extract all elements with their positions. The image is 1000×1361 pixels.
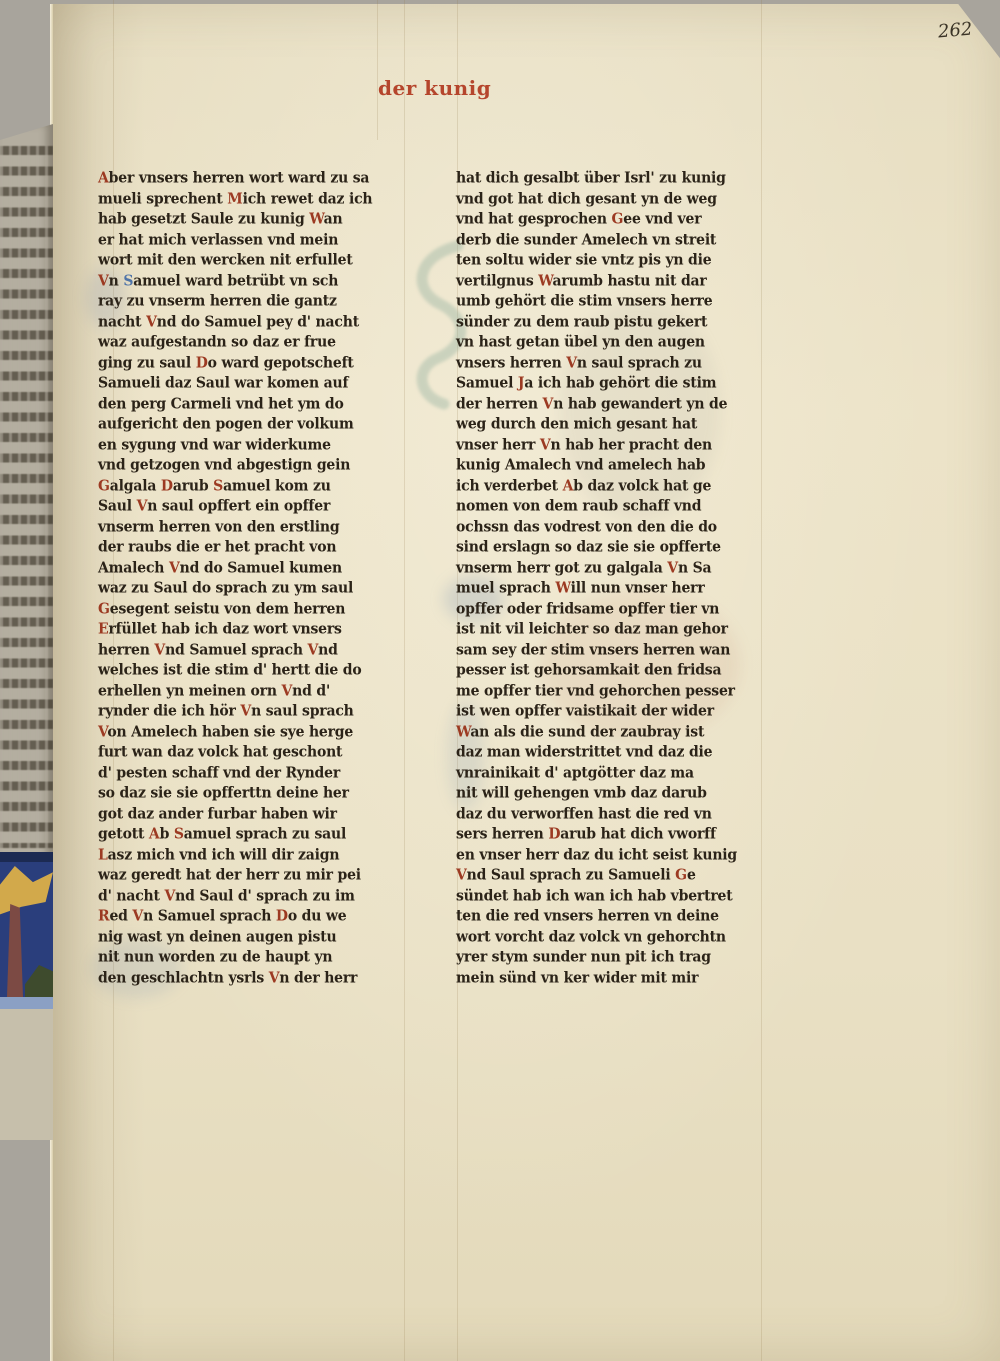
text-line: ist wen opffer vaistikait der wider (456, 703, 766, 724)
text-line: weg durch den mich gesant hat (456, 416, 766, 437)
text-line: sündet hab ich wan ich hab vbertret (456, 888, 766, 909)
text-line: sers herren Darub hat dich vworff (456, 826, 766, 847)
text-line: rynder die ich hör Vn saul sprach (98, 703, 406, 724)
text-line: d' nacht Vnd Saul d' sprach zu im (98, 888, 406, 909)
text-line: sind erslagn so daz sie sie opfferte (456, 539, 766, 560)
text-line: Samuel Ja ich hab gehört die stim (456, 375, 766, 396)
text-line: vnser herr Vn hab her pracht den (456, 437, 766, 458)
text-line: daz du verworffen hast die red vn (456, 806, 766, 827)
text-line: ging zu saul Do ward gepotscheft (98, 355, 406, 376)
text-line: nacht Vnd do Samuel pey d' nacht (98, 314, 406, 335)
text-line: furt wan daz volck hat geschont (98, 744, 406, 765)
ruling-line-header (377, 0, 378, 140)
previous-page-blank-margin (0, 1009, 53, 1140)
text-line: waz aufgestandn so daz er frue (98, 334, 406, 355)
text-line: ten die red vnsers herren vn deine (456, 908, 766, 929)
text-line: vnd got hat dich gesant yn de weg (456, 191, 766, 212)
text-line: Wan als die sund der zaubray ist (456, 724, 766, 745)
text-line: aufgericht den pogen der volkum (98, 416, 406, 437)
text-line: Vn Samuel ward betrübt vn sch (98, 273, 406, 294)
text-line: pesser ist gehorsamkait den fridsa (456, 662, 766, 683)
miniature-green-shape (25, 965, 53, 997)
text-column-right: hat dich gesalbt über Isrl' zu kunigvnd … (456, 170, 766, 990)
text-line: der raubs die er het pracht von (98, 539, 406, 560)
previous-page-text-fragment (0, 146, 53, 848)
text-line: vnserm herr got zu galgala Vn Sa (456, 560, 766, 581)
text-line: Amalech Vnd do Samuel kumen (98, 560, 406, 581)
text-line: vnd getzogen vnd abgestign gein (98, 457, 406, 478)
text-column-left: Aber vnsers herren wort ward zu samueli … (98, 170, 406, 990)
text-line: nit nun worden zu de haupt yn (98, 949, 406, 970)
text-line: hab gesetzt Saule zu kunig Wan (98, 211, 406, 232)
text-line: Galgala Darub Samuel kom zu (98, 478, 406, 499)
text-line: ten soltu wider sie vntz pis yn die (456, 252, 766, 273)
text-line: den geschlachtn ysrls Vn der herr (98, 970, 406, 991)
text-line: me opffer tier vnd gehorchen pesser (456, 683, 766, 704)
text-line: der herren Vn hab gewandert yn de (456, 396, 766, 417)
text-line: wort vorcht daz volck vn gehorchtn (456, 929, 766, 950)
text-line: nit will gehengen vmb daz darub (456, 785, 766, 806)
text-line: waz zu Saul do sprach zu ym saul (98, 580, 406, 601)
text-line: Aber vnsers herren wort ward zu sa (98, 170, 406, 191)
text-line: derb die sunder Amelech vn streit (456, 232, 766, 253)
text-line: herren Vnd Samuel sprach Vnd (98, 642, 406, 663)
text-line: kunig Amalech vnd amelech hab (456, 457, 766, 478)
text-line: yrer stym sunder nun pit ich trag (456, 949, 766, 970)
text-line: vnserm herren von den erstling (98, 519, 406, 540)
previous-page-edge (0, 124, 53, 1140)
miniature-border-bottom (0, 997, 53, 1009)
miniature-gold-shape (0, 866, 53, 928)
miniature-border-top (0, 852, 53, 862)
text-line: welches ist die stim d' hertt die do (98, 662, 406, 683)
text-line: den perg Carmeli vnd het ym do (98, 396, 406, 417)
text-line: mueli sprechent Mich rewet daz ich (98, 191, 406, 212)
text-line: mein sünd vn ker wider mit mir (456, 970, 766, 991)
text-line: er hat mich verlassen vnd mein (98, 232, 406, 253)
text-line: ich verderbet Ab daz volck hat ge (456, 478, 766, 499)
text-line: vn hast getan übel yn den augen (456, 334, 766, 355)
text-line: Vnd Saul sprach zu Samueli Ge (456, 867, 766, 888)
text-line: vnd hat gesprochen Gee vnd ver (456, 211, 766, 232)
running-title: der kunig (378, 76, 491, 100)
text-line: got daz ander furbar haben wir (98, 806, 406, 827)
text-line: en sygung vnd war widerkume (98, 437, 406, 458)
text-line: nomen von dem raub schaff vnd (456, 498, 766, 519)
text-line: waz geredt hat der herr zu mir pei (98, 867, 406, 888)
text-line: Saul Vn saul opffert ein opffer (98, 498, 406, 519)
text-line: Erfüllet hab ich daz wort vnsers (98, 621, 406, 642)
text-line: ochssn das vodrest von den die do (456, 519, 766, 540)
text-line: sünder zu dem raub pistu gekert (456, 314, 766, 335)
text-line: opffer oder fridsame opffer tier vn (456, 601, 766, 622)
text-line: muel sprach Will nun vnser herr (456, 580, 766, 601)
text-line: Samueli daz Saul war komen auf (98, 375, 406, 396)
text-line: ray zu vnserm herren die gantz (98, 293, 406, 314)
text-line: wort mit den wercken nit erfullet (98, 252, 406, 273)
miniature-fragment (0, 852, 53, 1009)
manuscript-photo: der kunig 262 Aber vnsers herren wort wa… (0, 0, 1000, 1361)
folio-number: 262 (937, 19, 973, 43)
text-line: hat dich gesalbt über Isrl' zu kunig (456, 170, 766, 191)
text-line: Lasz mich vnd ich will dir zaign (98, 847, 406, 868)
text-line: d' pesten schaff vnd der Rynder (98, 765, 406, 786)
text-line: so daz sie sie opfferttn deine her (98, 785, 406, 806)
text-line: nig wast yn deinen augen pistu (98, 929, 406, 950)
text-line: en vnser herr daz du icht seist kunig (456, 847, 766, 868)
text-line: erhellen yn meinen orn Vnd d' (98, 683, 406, 704)
text-line: sam sey der stim vnsers herren wan (456, 642, 766, 663)
text-line: Von Amelech haben sie sye herge (98, 724, 406, 745)
text-line: getott Ab Samuel sprach zu saul (98, 826, 406, 847)
text-line: daz man widerstrittet vnd daz die (456, 744, 766, 765)
text-line: vnrainikait d' aptgötter daz ma (456, 765, 766, 786)
text-line: Gesegent seistu von dem herren (98, 601, 406, 622)
text-line: vnsers herren Vn saul sprach zu (456, 355, 766, 376)
miniature-maroon-shape (7, 904, 23, 997)
text-line: ist nit vil leichter so daz man gehor (456, 621, 766, 642)
text-line: umb gehört die stim vnsers herre (456, 293, 766, 314)
miniature-blue-field (0, 862, 53, 997)
text-line: Red Vn Samuel sprach Do du we (98, 908, 406, 929)
text-line: vertilgnus Warumb hastu nit dar (456, 273, 766, 294)
